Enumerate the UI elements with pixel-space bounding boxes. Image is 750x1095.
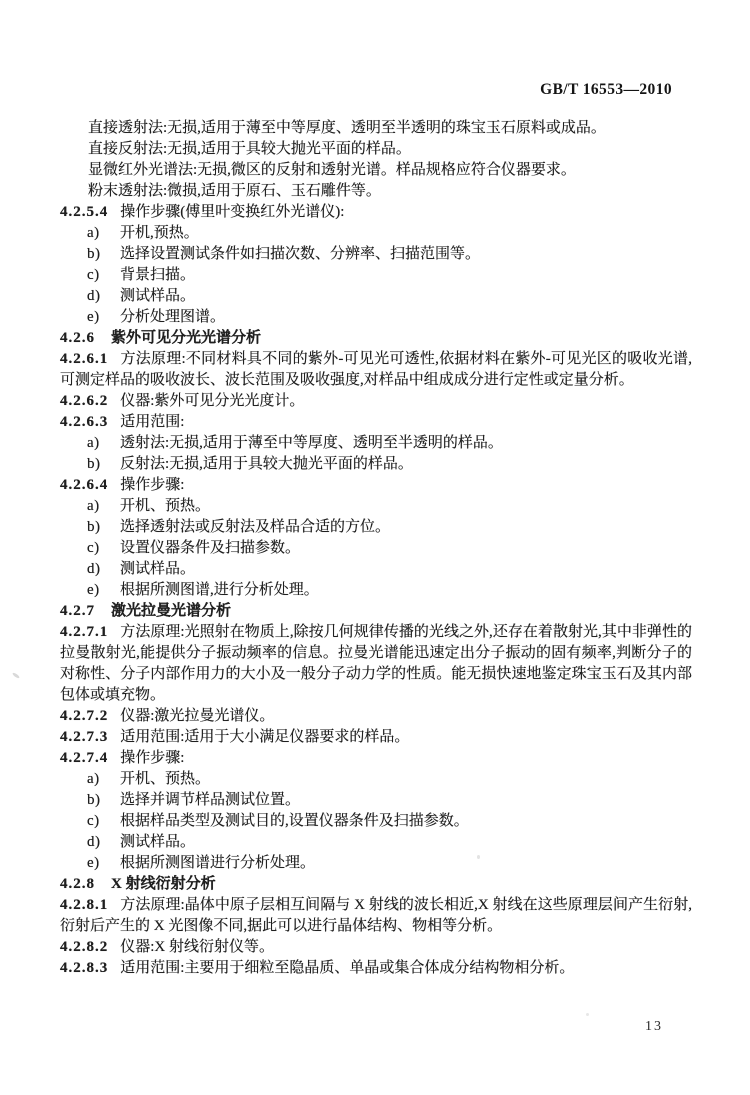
clause-number: 4.2.7.4 (60, 750, 108, 766)
clause-number: 4.2.7.1 (60, 624, 108, 640)
list-item-b: b)选择设置测试条件如扫描次数、分辨率、扫描范围等。 (60, 244, 692, 265)
list-item-label: e) (87, 580, 120, 601)
list-item-text: 根据所测图谱,进行分析处理。 (120, 582, 319, 598)
scan-artifact (477, 855, 480, 859)
list-item-text: 分析处理图谱。 (120, 309, 225, 325)
list-item-label: e) (87, 307, 120, 328)
list-item-c: c)根据样品类型及测试目的,设置仪器条件及扫描参数。 (60, 811, 692, 832)
clause-text: 仪器:紫外可见分光光度计。 (120, 393, 304, 409)
list-item-label: a) (87, 769, 120, 790)
clause-text: 操作步骤: (120, 477, 184, 493)
clause-text: 适用范围:主要用于细粒至隐晶质、单晶或集合体成分结构物相分析。 (120, 960, 574, 976)
list-item-c: c)设置仪器条件及扫描参数。 (60, 538, 692, 559)
standard-code-header: GB/T 16553—2010 (540, 81, 672, 99)
clause-text: 适用范围: (120, 414, 184, 430)
list-item-a: a)开机,预热。 (60, 223, 692, 244)
list-item-label: d) (87, 286, 120, 307)
clause-4.2.7.3: 4.2.7.3适用范围:适用于大小满足仪器要求的样品。 (60, 727, 692, 748)
list-item-text: 反射法:无损,适用于具较大抛光平面的样品。 (120, 456, 413, 472)
clause-4.2.8.3: 4.2.8.3适用范围:主要用于细粒至隐晶质、单晶或集合体成分结构物相分析。 (60, 958, 692, 979)
clause-number: 4.2.7.3 (60, 729, 108, 745)
list-item-label: e) (87, 853, 120, 874)
list-item-label: b) (87, 454, 120, 475)
clause-number: 4.2.6.4 (60, 477, 108, 493)
clause-4.2.7.4: 4.2.7.4操作步骤: (60, 748, 692, 769)
clause-text: 适用范围:适用于大小满足仪器要求的样品。 (120, 729, 409, 745)
list-item-text: 开机、预热。 (120, 771, 210, 787)
clause-4.2.6.3: 4.2.6.3适用范围: (60, 412, 692, 433)
list-item-label: c) (87, 538, 120, 559)
list-item-b: b)反射法:无损,适用于具较大抛光平面的样品。 (60, 454, 692, 475)
clause-4.2.6.4: 4.2.6.4操作步骤: (60, 475, 692, 496)
list-item-d: d)测试样品。 (60, 559, 692, 580)
list-item-b: b)选择并调节样品测试位置。 (60, 790, 692, 811)
section-title: X 射线衍射分析 (111, 876, 216, 892)
section-number: 4.2.8 (60, 876, 95, 892)
clause-4.2.8.1: 4.2.8.1方法原理:晶体中原子层相互间隔与 X 射线的波长相近,X 射线在这… (60, 895, 692, 937)
list-item-a: a)开机、预热。 (60, 769, 692, 790)
clause-text: 仪器:X 射线衍射仪等。 (120, 939, 274, 955)
list-item-e: e)分析处理图谱。 (60, 307, 692, 328)
list-item-text: 根据所测图谱进行分析处理。 (120, 855, 315, 871)
list-item-text: 测试样品。 (120, 834, 195, 850)
clause-4.2.5.4: 4.2.5.4操作步骤(傅里叶变换红外光谱仪): (60, 202, 692, 223)
list-item-label: a) (87, 496, 120, 517)
clause-number: 4.2.6.1 (60, 351, 108, 367)
list-item-text: 测试样品。 (120, 288, 195, 304)
list-item-text: 设置仪器条件及扫描参数。 (120, 540, 300, 556)
section-number: 4.2.6 (60, 330, 95, 346)
list-item-label: a) (87, 223, 120, 244)
section-title: 激光拉曼光谱分析 (111, 603, 231, 619)
list-item-a: a)开机、预热。 (60, 496, 692, 517)
clause-4.2.7.2: 4.2.7.2仪器:激光拉曼光谱仪。 (60, 706, 692, 727)
clause-text: 方法原理:不同材料具不同的紫外-可见光可透性,依据材料在紫外-可见光区的吸收光谱… (60, 351, 692, 388)
list-item-label: d) (87, 559, 120, 580)
list-item-a: a)透射法:无损,适用于薄至中等厚度、透明至半透明的样品。 (60, 433, 692, 454)
list-item-label: c) (87, 265, 120, 286)
body-line: 直接反射法:无损,适用于具较大抛光平面的样品。 (60, 139, 692, 160)
list-item-e: e)根据所测图谱进行分析处理。 (60, 853, 692, 874)
body-line: 粉末透射法:微损,适用于原石、玉石雕件等。 (60, 181, 692, 202)
scan-artifact (12, 672, 20, 679)
section-heading-4.2.6: 4.2.6紫外可见分光光谱分析 (60, 328, 692, 349)
scan-artifact (331, 352, 334, 354)
body-line: 显微红外光谱法:无损,微区的反射和透射光谱。样品规格应符合仪器要求。 (60, 160, 692, 181)
clause-number: 4.2.8.1 (60, 897, 108, 913)
clause-number: 4.2.5.4 (60, 204, 108, 220)
list-item-c: c)背景扫描。 (60, 265, 692, 286)
list-item-label: a) (87, 433, 120, 454)
clause-4.2.7.1: 4.2.7.1方法原理:光照射在物质上,除按几何规律传播的光线之外,还存在着散射… (60, 622, 692, 706)
clause-number: 4.2.8.3 (60, 960, 108, 976)
list-item-e: e)根据所测图谱,进行分析处理。 (60, 580, 692, 601)
clause-text: 方法原理:晶体中原子层相互间隔与 X 射线的波长相近,X 射线在这些原理层间产生… (60, 897, 692, 934)
section-heading-4.2.7: 4.2.7激光拉曼光谱分析 (60, 601, 692, 622)
list-item-text: 背景扫描。 (120, 267, 195, 283)
document-page: GB/T 16553—2010 直接透射法:无损,适用于薄至中等厚度、透明至半透… (0, 0, 750, 1095)
list-item-d: d)测试样品。 (60, 286, 692, 307)
section-number: 4.2.7 (60, 603, 95, 619)
clause-text: 仪器:激光拉曼光谱仪。 (120, 708, 274, 724)
list-item-text: 选择透射法或反射法及样品合适的方位。 (120, 519, 390, 535)
clause-number: 4.2.8.2 (60, 939, 108, 955)
list-item-label: d) (87, 832, 120, 853)
list-item-label: b) (87, 244, 120, 265)
document-body: 直接透射法:无损,适用于薄至中等厚度、透明至半透明的珠宝玉石原料或成品。直接反射… (60, 118, 692, 979)
clause-number: 4.2.6.2 (60, 393, 108, 409)
list-item-text: 开机、预热。 (120, 498, 210, 514)
scan-artifact (586, 1013, 589, 1016)
clause-4.2.6.1: 4.2.6.1方法原理:不同材料具不同的紫外-可见光可透性,依据材料在紫外-可见… (60, 349, 692, 391)
list-item-label: b) (87, 790, 120, 811)
list-item-text: 开机,预热。 (120, 225, 199, 241)
list-item-text: 根据样品类型及测试目的,设置仪器条件及扫描参数。 (120, 813, 469, 829)
clause-4.2.8.2: 4.2.8.2仪器:X 射线衍射仪等。 (60, 937, 692, 958)
clause-text: 方法原理:光照射在物质上,除按几何规律传播的光线之外,还存在着散射光,其中非弹性… (60, 624, 692, 703)
list-item-text: 测试样品。 (120, 561, 195, 577)
section-title: 紫外可见分光光谱分析 (111, 330, 261, 346)
clause-number: 4.2.6.3 (60, 414, 108, 430)
list-item-d: d)测试样品。 (60, 832, 692, 853)
list-item-label: c) (87, 811, 120, 832)
list-item-text: 选择设置测试条件如扫描次数、分辨率、扫描范围等。 (120, 246, 480, 262)
clause-text: 操作步骤(傅里叶变换红外光谱仪): (120, 204, 344, 220)
list-item-b: b)选择透射法或反射法及样品合适的方位。 (60, 517, 692, 538)
clause-text: 操作步骤: (120, 750, 184, 766)
list-item-text: 选择并调节样品测试位置。 (120, 792, 300, 808)
list-item-label: b) (87, 517, 120, 538)
list-item-text: 透射法:无损,适用于薄至中等厚度、透明至半透明的样品。 (120, 435, 503, 451)
page-number: 13 (645, 1019, 663, 1035)
body-line: 直接透射法:无损,适用于薄至中等厚度、透明至半透明的珠宝玉石原料或成品。 (60, 118, 692, 139)
clause-4.2.6.2: 4.2.6.2仪器:紫外可见分光光度计。 (60, 391, 692, 412)
section-heading-4.2.8: 4.2.8X 射线衍射分析 (60, 874, 692, 895)
clause-number: 4.2.7.2 (60, 708, 108, 724)
